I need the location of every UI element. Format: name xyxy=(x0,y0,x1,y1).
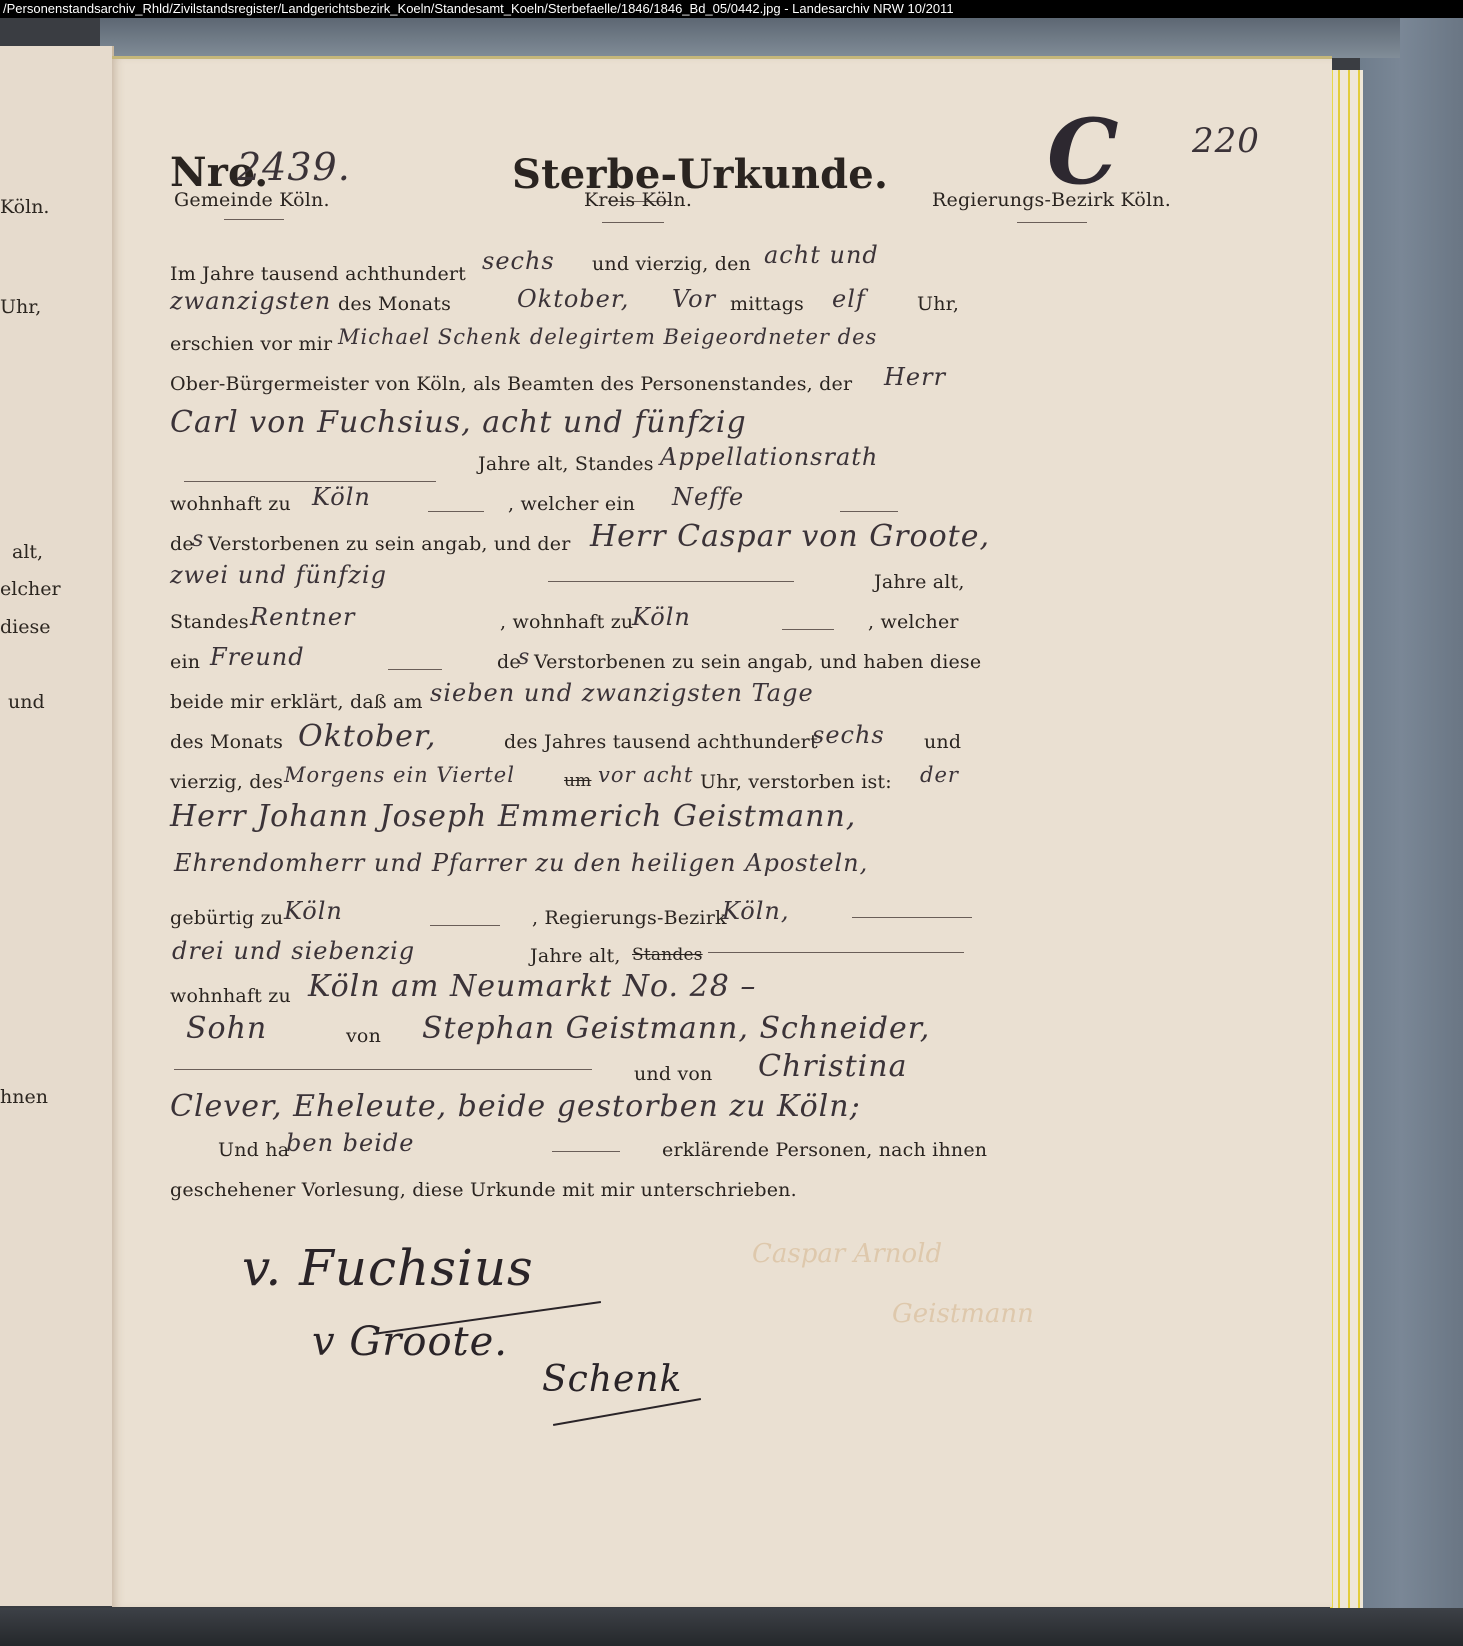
handwritten-entry: Vor xyxy=(672,285,716,313)
text-line: Verstorbenen zu sein angab, und der xyxy=(208,533,570,555)
handwritten-entry: Herr Caspar von Groote, xyxy=(590,519,990,554)
handwritten-entry: Neffe xyxy=(672,483,744,511)
handwritten-entry: Köln xyxy=(284,897,343,925)
handwritten-entry: Köln xyxy=(632,603,691,631)
father-name: Stephan Geistmann, Schneider, xyxy=(422,1011,930,1046)
text-line: Jahre alt, xyxy=(530,945,621,967)
text-line: , wohnhaft zu xyxy=(500,611,633,633)
handwritten-entry: Oktober, xyxy=(298,719,436,754)
book-bottom-edge xyxy=(0,1608,1463,1646)
handwritten-entry: ben beide xyxy=(286,1129,414,1157)
text-line: de xyxy=(170,533,194,555)
handwritten-entry: der xyxy=(920,763,959,787)
handwritten-entry: zwei und fünfzig xyxy=(170,561,387,589)
handwritten-entry: Oktober, xyxy=(517,285,629,313)
text-line: , Regierungs-Bezirk xyxy=(532,907,727,929)
handwritten-entry: drei und siebenzig xyxy=(172,937,415,965)
left-fragment: elcher xyxy=(0,578,61,600)
handwritten-entry: Herr xyxy=(884,363,946,391)
text-line: wohnhaft zu xyxy=(170,493,291,515)
blank-line xyxy=(428,511,484,512)
handwritten-entry: Clever, Eheleute, beide gestorben zu Köl… xyxy=(170,1089,861,1124)
handwritten-entry: Köln am Neumarkt No. 28 – xyxy=(308,969,756,1004)
bezirk-underline xyxy=(1017,222,1087,223)
text-line: Uhr, verstorben ist: xyxy=(700,771,892,793)
struck-text: um xyxy=(564,771,591,791)
blank-line xyxy=(708,952,964,953)
page-edges xyxy=(1330,70,1363,1608)
handwritten-entry: sechs xyxy=(812,721,885,749)
text-line: , welcher ein xyxy=(508,493,635,515)
left-fragment: Uhr, xyxy=(0,296,41,318)
left-page: Köln. Uhr, alt, elcher diese und hnen xyxy=(0,46,114,1606)
handwritten-entry: Morgens ein Viertel xyxy=(284,763,515,787)
left-fragment: und xyxy=(8,691,45,713)
text-line: wohnhaft zu xyxy=(170,985,291,1007)
handwritten-entry: sechs xyxy=(482,247,555,275)
text-line: vierzig, des xyxy=(170,771,283,793)
bleed-through-text: Caspar Arnold xyxy=(752,1239,942,1269)
text-line: Und ha xyxy=(218,1139,289,1161)
record-number: 2439. xyxy=(237,145,351,189)
text-line: mittags xyxy=(730,293,804,315)
page-number: 220 xyxy=(1192,121,1260,161)
kreis-label: Kreis Köln. xyxy=(584,189,692,211)
handwritten-entry: Sohn xyxy=(186,1011,267,1046)
left-fragment: diese xyxy=(0,616,50,638)
text-line: von xyxy=(346,1025,381,1047)
handwritten-entry: Michael Schenk delegirtem Beigeordneter … xyxy=(338,325,877,349)
blank-line xyxy=(552,1151,620,1152)
window-title: /Personenstandsarchiv_Rhld/Zivilstandsre… xyxy=(3,1,954,16)
handwritten-entry: Ehrendomherr und Pfarrer zu den heiligen… xyxy=(174,849,868,877)
text-line: Verstorbenen zu sein angab, und haben di… xyxy=(534,651,981,673)
text-line: erschien vor mir xyxy=(170,333,332,355)
signature-groote: v Groote. xyxy=(312,1319,508,1365)
text-line: Jahre alt, Standes xyxy=(478,453,654,475)
book-cover-top xyxy=(100,18,1400,58)
text-line: und xyxy=(924,731,961,753)
handwritten-entry: vor acht xyxy=(598,763,693,787)
text-line: geschehener Vorlesung, diese Urkunde mit… xyxy=(170,1179,797,1201)
handwritten-entry: Köln, xyxy=(722,897,790,925)
scanned-register-page: Köln. Uhr, alt, elcher diese und hnen Nr… xyxy=(0,18,1463,1646)
text-line: und vierzig, den xyxy=(592,253,751,275)
handwritten-entry: s xyxy=(518,645,530,670)
text-line: und von xyxy=(634,1063,713,1085)
signature-fuchsius: v. Fuchsius xyxy=(242,1239,534,1297)
handwritten-entry: Appellationsrath xyxy=(660,443,878,471)
blank-line xyxy=(852,917,972,918)
handwritten-entry: sieben und zwanzigsten Tage xyxy=(430,679,814,707)
blank-line xyxy=(548,581,794,582)
text-line: ein xyxy=(170,651,200,673)
text-line: gebürtig zu xyxy=(170,907,283,929)
handwritten-entry: Rentner xyxy=(250,603,356,631)
text-line: Standes xyxy=(170,611,249,633)
bezirk-label: Regierungs-Bezirk Köln. xyxy=(932,189,1171,211)
text-line: Im Jahre tausend achthundert xyxy=(170,253,466,288)
window-title-bar: /Personenstandsarchiv_Rhld/Zivilstandsre… xyxy=(0,0,1463,18)
kreis-underline xyxy=(602,222,664,223)
text-line: des Jahres tausend achthundert xyxy=(504,731,818,753)
signature-schenk: Schenk xyxy=(542,1359,682,1400)
document-title: Sterbe-Urkunde. xyxy=(512,151,888,198)
gemeinde-underline xyxy=(224,219,284,220)
gemeinde-label: Gemeinde Köln. xyxy=(174,189,330,211)
handwritten-entry: Carl von Fuchsius, acht und fünfzig xyxy=(170,405,747,440)
handwritten-entry: Köln xyxy=(312,483,371,511)
handwritten-entry: s xyxy=(192,527,204,552)
handwritten-entry: zwanzigsten xyxy=(170,287,331,315)
mother-name: Christina xyxy=(758,1049,907,1084)
blank-line xyxy=(782,629,834,630)
text-line: Ober-Bürgermeister von Köln, als Beamten… xyxy=(170,373,852,395)
left-fragment: alt, xyxy=(12,541,43,563)
blank-line xyxy=(388,669,442,670)
blank-line xyxy=(430,925,500,926)
handwritten-entry: elf xyxy=(832,285,866,313)
blank-line xyxy=(840,511,898,512)
blank-line xyxy=(174,1069,592,1070)
text-line: des Monats xyxy=(338,293,451,315)
bleed-through-text: Geistmann xyxy=(892,1299,1034,1329)
text-line: Uhr, xyxy=(917,293,959,315)
signature-flourish xyxy=(553,1398,701,1426)
blank-line xyxy=(184,481,436,482)
struck-text: Standes xyxy=(632,945,703,965)
deceased-name: Herr Johann Joseph Emmerich Geistmann, xyxy=(170,799,856,834)
handwritten-entry: acht und xyxy=(764,241,879,269)
text-line: erklärende Personen, nach ihnen xyxy=(662,1139,987,1161)
text-line: des Monats xyxy=(170,731,283,753)
death-certificate-page: Nro. 2439. Sterbe-Urkunde. 220 C Gemeind… xyxy=(112,56,1332,1607)
text-line: Jahre alt, xyxy=(874,571,965,593)
left-fragment: hnen xyxy=(0,1086,48,1108)
handwritten-entry: Freund xyxy=(210,643,305,671)
text-line: beide mir erklärt, daß am xyxy=(170,691,423,713)
text-line: , welcher xyxy=(868,611,959,633)
book-cover-right xyxy=(1360,18,1463,1646)
left-fragment: Köln. xyxy=(0,196,49,218)
